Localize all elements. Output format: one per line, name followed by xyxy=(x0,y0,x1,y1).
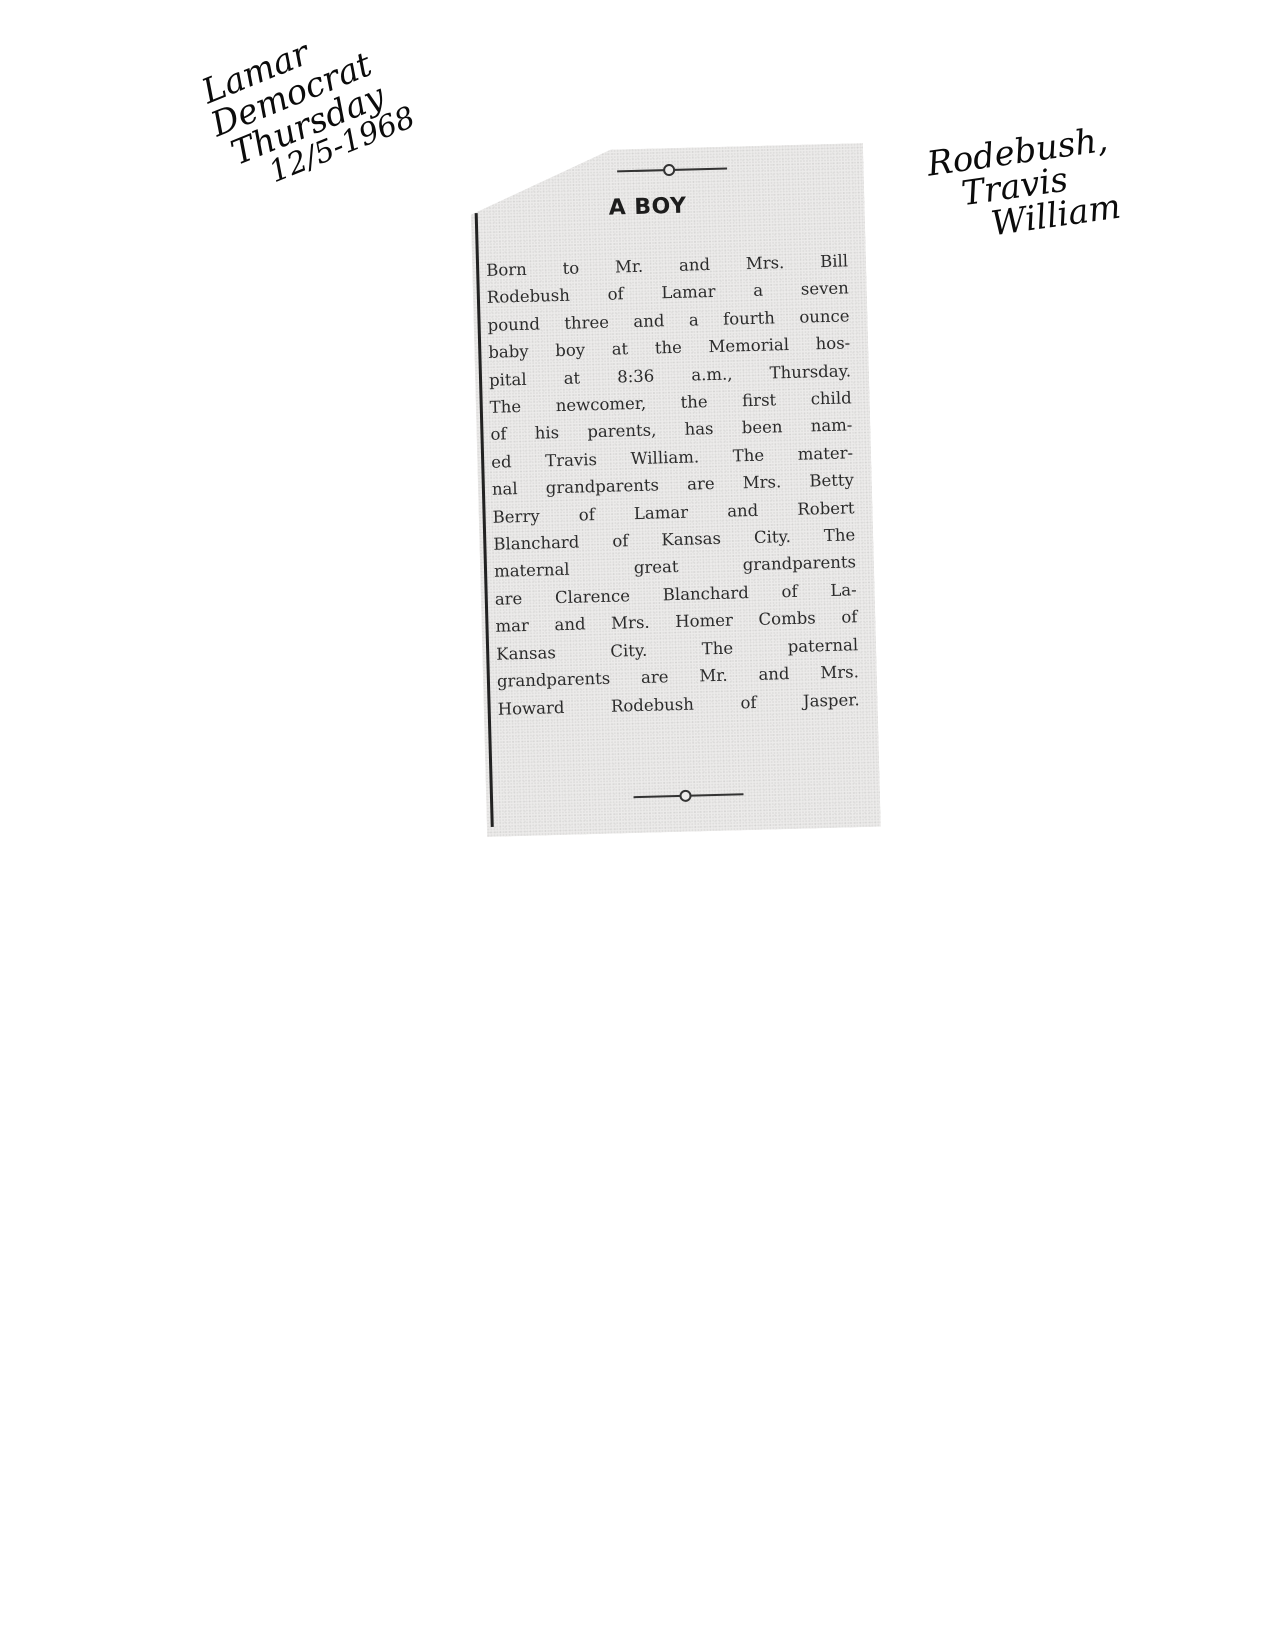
clipping-headline: A BOY xyxy=(470,189,865,224)
handwritten-name-note: Rodebush, Travis William xyxy=(925,122,1123,249)
newspaper-clipping: A BOY Born to Mr. and Mrs. BillRodebush … xyxy=(469,143,881,837)
ornament-divider-bottom xyxy=(633,788,743,803)
clipping-body: Born to Mr. and Mrs. BillRodebush of Lam… xyxy=(486,247,860,722)
handwritten-source-note: Lamar Democrat Thursday 12/5-1968 xyxy=(192,8,419,202)
ornament-divider-top xyxy=(617,163,727,178)
